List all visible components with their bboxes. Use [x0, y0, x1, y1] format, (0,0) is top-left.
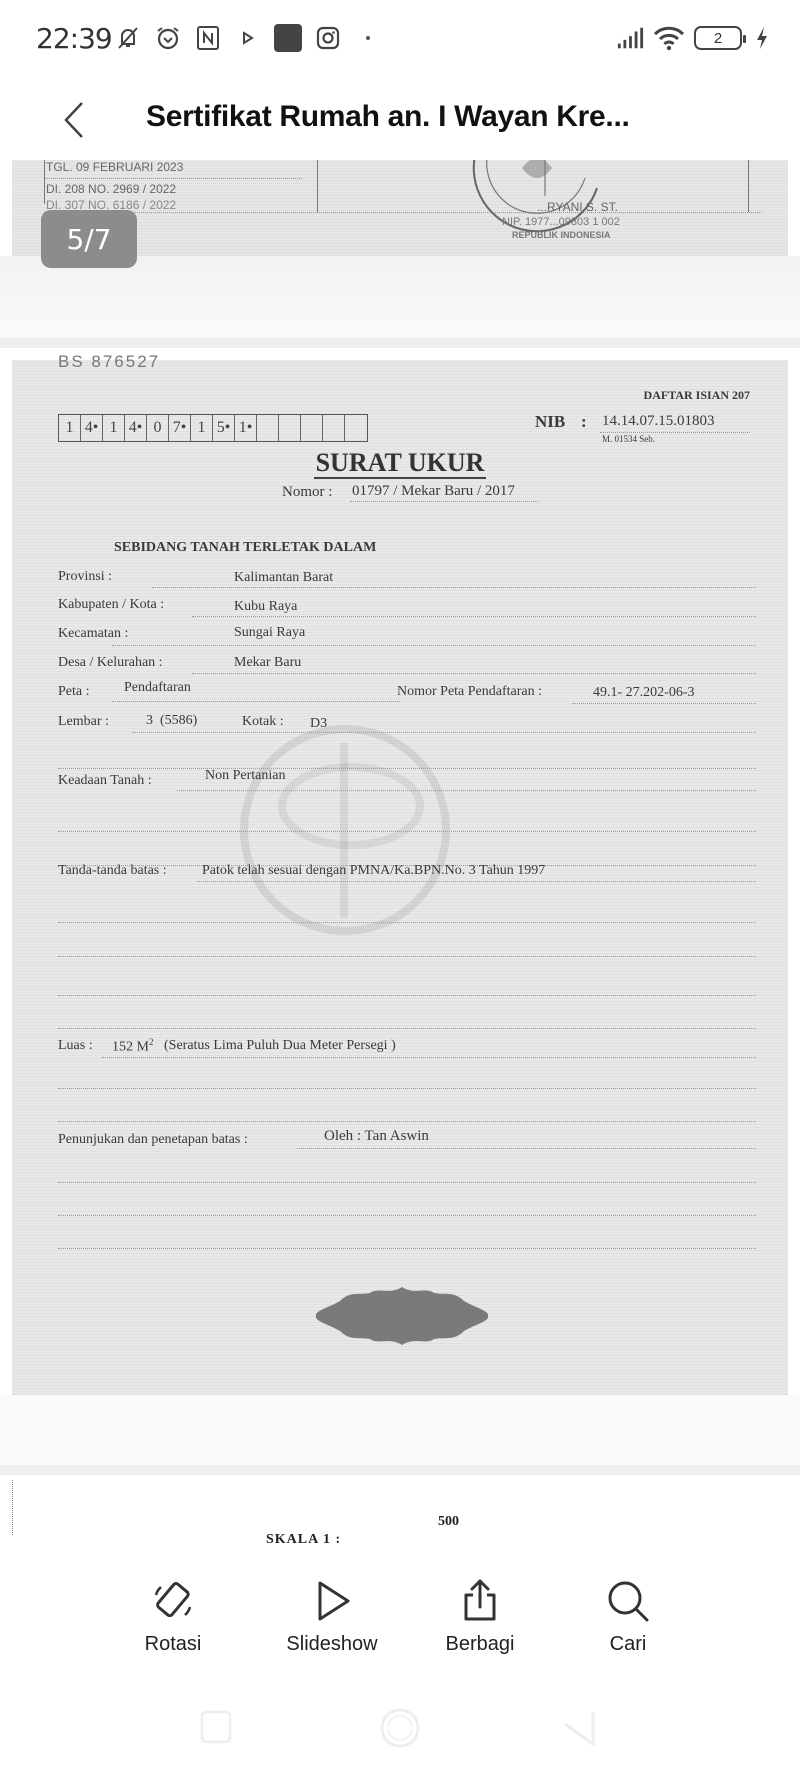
status-time: 22:39 [36, 22, 112, 55]
play-store-icon [234, 24, 262, 52]
play-icon [308, 1577, 356, 1625]
kecamatan-value: Sungai Raya [234, 625, 305, 641]
divider [44, 160, 45, 204]
divider [297, 1148, 756, 1149]
divider [58, 1248, 756, 1249]
tanda-batas-value: Patok telah sesuai dengan PMNA/Ka.BPN.No… [202, 863, 545, 879]
provinsi-label: Provinsi : [58, 569, 112, 585]
divider [58, 922, 756, 923]
luas-value: 152 M2 [112, 1037, 153, 1056]
system-icons: 2 [616, 24, 770, 52]
divider [317, 160, 318, 212]
divider [44, 178, 302, 179]
kotak-value: D3 [310, 716, 327, 732]
divider [12, 1480, 13, 1535]
document-viewer[interactable]: TGL. 09 FEBRUARI 2023 DI. 208 NO. 2969 /… [0, 160, 800, 1555]
divider [112, 701, 400, 702]
code-box-cell: 1• [235, 415, 257, 441]
slideshow-button[interactable]: Slideshow [272, 1577, 392, 1656]
code-box-cell: 0 [147, 415, 169, 441]
page-separator [0, 1465, 800, 1475]
muted-bell-icon [114, 24, 142, 52]
page-separator [0, 338, 800, 348]
app-square-icon [274, 24, 302, 52]
signal-icon [616, 24, 644, 52]
divider [197, 881, 756, 882]
code-box-cell [257, 415, 279, 441]
recent-apps-button[interactable] [200, 1710, 232, 1749]
keadaan-value: Non Pertanian [205, 768, 285, 784]
code-boxes: 14•14•07•15•1• [58, 414, 368, 442]
code-box-cell [323, 415, 345, 441]
serial-number: BS 876527 [58, 352, 160, 372]
battery-icon: 2 [694, 26, 742, 50]
luas-number: 152 M [112, 1040, 149, 1055]
rotate-button[interactable]: Rotasi [113, 1577, 233, 1656]
security-rosette-icon [314, 1285, 490, 1347]
divider [748, 160, 749, 212]
slideshow-label: Slideshow [286, 1633, 377, 1656]
share-button[interactable]: Berbagi [420, 1577, 540, 1656]
notification-icons [114, 24, 370, 52]
divider [58, 956, 756, 957]
alarm-icon [154, 24, 182, 52]
back-triangle-icon [563, 1710, 595, 1746]
scale-value: 500 [438, 1514, 459, 1530]
desa-label: Desa / Kelurahan : [58, 655, 163, 671]
prev-nip: NIP. 1977...09803 1 002 [502, 216, 620, 228]
prev-date-line: TGL. 09 FEBRUARI 2023 [46, 160, 183, 174]
recent-apps-icon [200, 1710, 232, 1744]
form-code: DAFTAR ISIAN 207 [644, 388, 750, 403]
page-gap [0, 1395, 800, 1465]
bottom-toolbar: Rotasi Slideshow Berbagi Cari [0, 1555, 800, 1675]
divider [58, 768, 756, 769]
share-icon [456, 1577, 504, 1625]
system-nav-bar [0, 1690, 800, 1778]
nib-value: 14.14.07.15.01803 [602, 413, 715, 430]
scale-label: SKALA 1 : [266, 1532, 341, 1548]
charging-icon [754, 24, 770, 52]
divider [350, 501, 538, 502]
nomor-peta-value: 49.1- 27.202-06-3 [593, 685, 695, 701]
nib-sub: M. 01534 Seb. [602, 434, 655, 444]
code-box-cell: 1 [103, 415, 125, 441]
penunjukan-label: Penunjukan dan penetapan batas : [58, 1132, 248, 1148]
prev-signatory: ...RYANI S. ST. [537, 200, 618, 214]
nomor-peta-label: Nomor Peta Pendaftaran : [397, 684, 542, 700]
watermark-emblem-icon [240, 725, 450, 935]
nib-label: NIB [535, 412, 565, 432]
divider [58, 1182, 756, 1183]
page-counter: 5/7 [41, 210, 137, 268]
code-box-cell: 1 [59, 415, 81, 441]
current-page[interactable]: BS 876527 DAFTAR ISIAN 207 14•14•07•15•1… [12, 360, 788, 1395]
divider [102, 1057, 756, 1058]
code-box-cell: 7• [169, 415, 191, 441]
luas-label: Luas : [58, 1038, 93, 1054]
keadaan-label: Keadaan Tanah : [58, 773, 152, 789]
divider [112, 645, 756, 646]
code-box-cell: 1 [191, 415, 213, 441]
search-icon [604, 1577, 652, 1625]
kabupaten-label: Kabupaten / Kota : [58, 597, 164, 613]
page-gap [0, 256, 800, 338]
section-heading: SEBIDANG TANAH TERLETAK DALAM [114, 540, 376, 556]
divider [572, 703, 756, 704]
home-icon [378, 1706, 422, 1750]
peta-value: Pendaftaran [124, 680, 191, 696]
back-nav-button[interactable] [563, 1710, 595, 1751]
title-text: SURAT UKUR [314, 448, 487, 479]
search-label: Cari [610, 1633, 647, 1656]
wifi-icon [652, 24, 686, 52]
kotak-label: Kotak : [242, 714, 284, 730]
prev-stamp-text: REPUBLIK INDONESIA [512, 230, 611, 240]
chevron-left-icon [62, 100, 86, 140]
divider [152, 587, 756, 588]
nomor-label: Nomor : [282, 484, 332, 501]
divider [132, 732, 756, 733]
prev-di-line-1: DI. 208 NO. 2969 / 2022 [46, 182, 176, 196]
document-title: SURAT UKUR [12, 448, 788, 478]
app-header: Sertifikat Rumah an. I Wayan Kre... [0, 80, 800, 160]
next-page[interactable]: SKALA 1 : 500 [12, 1480, 788, 1555]
divider [600, 432, 750, 433]
share-label: Berbagi [446, 1633, 515, 1656]
luas-unit-sup: 2 [149, 1037, 154, 1047]
code-box-cell: 4• [125, 415, 147, 441]
code-box-cell [345, 415, 367, 441]
rotate-icon [149, 1577, 197, 1625]
lembar-value: 3 (5586) [146, 713, 197, 729]
instagram-icon [314, 24, 342, 52]
page-title: Sertifikat Rumah an. I Wayan Kre... [146, 100, 630, 134]
rotate-label: Rotasi [145, 1633, 202, 1656]
divider [58, 995, 756, 996]
penunjukan-value: Oleh : Tan Aswin [324, 1128, 429, 1145]
code-box-cell [279, 415, 301, 441]
kecamatan-label: Kecamatan : [58, 626, 128, 642]
code-box-cell: 5• [213, 415, 235, 441]
luas-words: (Seratus Lima Puluh Dua Meter Persegi ) [164, 1038, 396, 1054]
divider [192, 673, 756, 674]
divider [44, 212, 762, 213]
battery-level: 2 [714, 30, 722, 47]
nfc-icon [194, 24, 222, 52]
divider [192, 616, 756, 617]
status-bar: 22:39 2 [0, 0, 800, 80]
code-box-cell: 4• [81, 415, 103, 441]
divider [58, 1121, 756, 1122]
divider [177, 790, 756, 791]
divider [58, 831, 756, 832]
peta-label: Peta : [58, 684, 90, 700]
nomor-value: 01797 / Mekar Baru / 2017 [352, 483, 515, 500]
more-dot-icon [366, 36, 370, 40]
back-button[interactable] [52, 98, 96, 142]
divider [58, 1215, 756, 1216]
lembar-label: Lembar : [58, 714, 109, 730]
desa-value: Mekar Baru [234, 655, 301, 671]
provinsi-value: Kalimantan Barat [234, 570, 333, 586]
code-box-cell [301, 415, 323, 441]
kabupaten-value: Kubu Raya [234, 599, 297, 615]
tanda-batas-label: Tanda-tanda batas : [58, 863, 167, 879]
home-button[interactable] [378, 1706, 422, 1755]
divider [58, 1088, 756, 1089]
search-button[interactable]: Cari [568, 1577, 688, 1656]
divider [58, 1028, 756, 1029]
